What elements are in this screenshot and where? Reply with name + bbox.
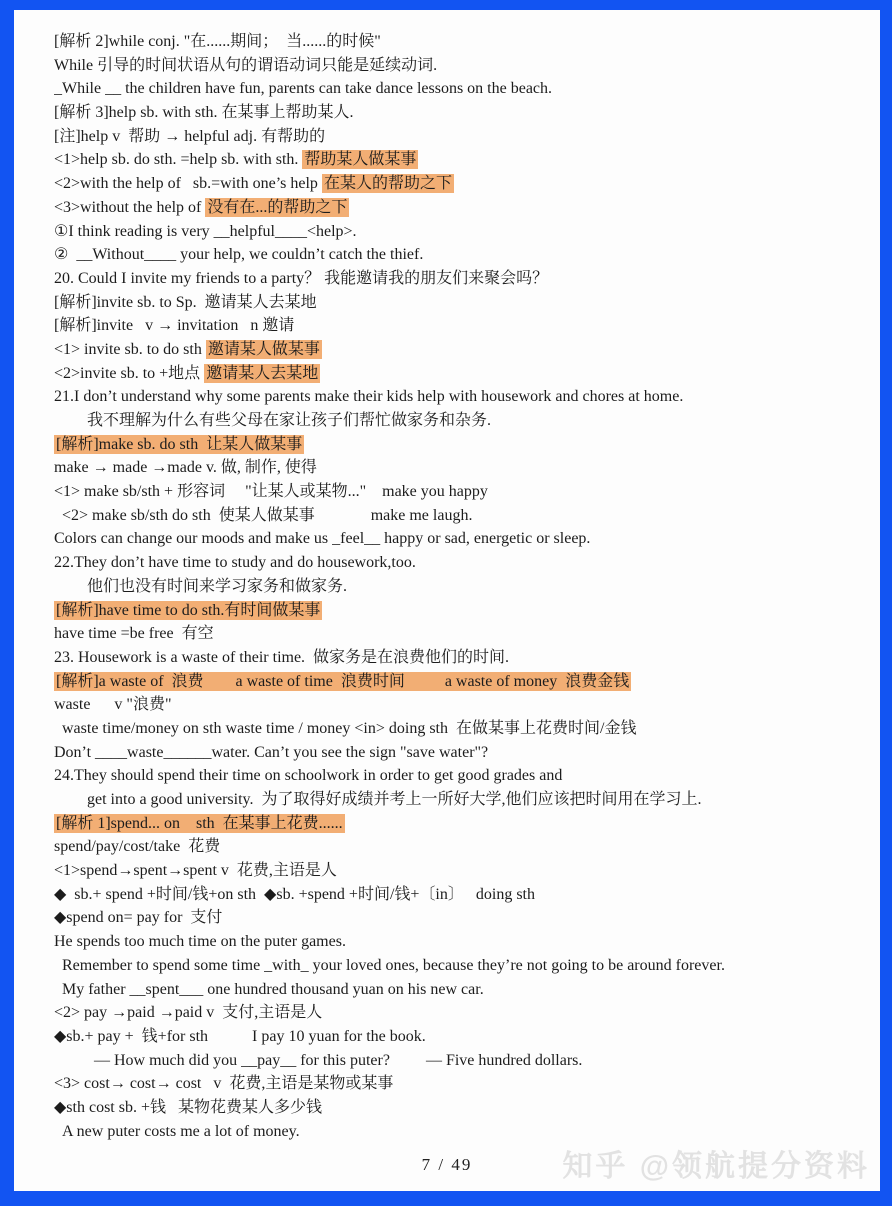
text-segment: 23. Housework is a waste of their time. … — [54, 649, 509, 666]
text-segment: ② __Without____ your help, we couldn’t c… — [54, 246, 423, 263]
text-line: 20. Could I invite my friends to a party… — [54, 267, 864, 291]
highlighted-text: 帮助某人做某事 — [302, 150, 418, 169]
text-line: <1>spend→spent→spent v 花费,主语是人 — [54, 859, 864, 883]
text-segment: ◆sb.+ pay + 钱+for sth I pay 10 yuan for … — [54, 1028, 426, 1045]
text-line: <3> cost→ cost→ cost v 花费,主语是某物或某事 — [54, 1072, 864, 1096]
text-line: My father __spent___ one hundred thousan… — [54, 978, 864, 1002]
text-segment: [解析]invite v → invitation n 邀请 — [54, 317, 294, 334]
text-line: make → made →made v. 做, 制作, 使得 — [54, 456, 864, 480]
highlighted-text: 没有在...的帮助之下 — [205, 198, 349, 217]
text-segment: Don’t ____waste______water. Can’t you se… — [54, 744, 488, 761]
text-segment: 我不理解为什么有些父母在家让孩子们帮忙做家务和杂务. — [87, 412, 491, 429]
text-segment: [注]help v 帮助 → helpful adj. 有帮助的 — [54, 128, 325, 145]
text-segment: <3>without the help of — [54, 199, 205, 216]
text-segment: get into a good university. 为了取得好成绩并考上一所… — [87, 791, 702, 808]
text-line: _While __ the children have fun, parents… — [54, 77, 864, 101]
text-line: ◆ sb.+ spend +时间/钱+on sth ◆sb. +spend +时… — [54, 883, 864, 907]
text-segment: have time =be free 有空 — [54, 625, 214, 642]
text-line: <1> invite sb. to do sth 邀请某人做某事 — [54, 338, 864, 362]
text-segment: 他们也没有时间来学习家务和做家务. — [87, 578, 347, 595]
text-line: Remember to spend some time _with_ your … — [54, 954, 864, 978]
text-segment: _While __ the children have fun, parents… — [54, 80, 552, 97]
text-line: <2> pay →paid →paid v 支付,主语是人 — [54, 1001, 864, 1025]
text-line: [解析 3]help sb. with sth. 在某事上帮助某人. — [54, 101, 864, 125]
text-segment: He spends too much time on the puter gam… — [54, 933, 346, 950]
text-line: [解析]a waste of 浪费 a waste of time 浪费时间 a… — [54, 670, 864, 694]
text-segment: <2>with the help of sb.=with one’s help — [54, 175, 322, 192]
text-segment: A new puter costs me a lot of money. — [62, 1123, 300, 1140]
text-line: <2> make sb/sth do sth 使某人做某事 make me la… — [54, 504, 864, 528]
text-segment: ◆ sb.+ spend +时间/钱+on sth ◆sb. +spend +时… — [54, 886, 535, 903]
text-segment: spend/pay/cost/take 花费 — [54, 838, 220, 855]
highlighted-text: [解析]have time to do sth.有时间做某事 — [54, 601, 322, 620]
text-line: <3>without the help of 没有在...的帮助之下 — [54, 196, 864, 220]
text-segment: <2> make sb/sth do sth 使某人做某事 make me la… — [62, 507, 472, 524]
text-segment: ◆sth cost sb. +钱 某物花费某人多少钱 — [54, 1099, 322, 1116]
text-line: [解析 2]while conj. "在......期间； 当......的时候… — [54, 30, 864, 54]
text-line: — How much did you __pay__ for this pute… — [54, 1049, 864, 1073]
text-line: ② __Without____ your help, we couldn’t c… — [54, 243, 864, 267]
text-line: He spends too much time on the puter gam… — [54, 930, 864, 954]
text-segment: <1> make sb/sth + 形容词 "让某人或某物..." make y… — [54, 483, 488, 500]
text-segment: <2> pay →paid →paid v 支付,主语是人 — [54, 1004, 322, 1021]
text-line: <2>invite sb. to +地点 邀请某人去某地 — [54, 362, 864, 386]
text-segment: make → made →made v. 做, 制作, 使得 — [54, 459, 317, 476]
highlighted-text: 邀请某人做某事 — [206, 340, 322, 359]
text-segment: While 引导的时间状语从句的谓语动词只能是延续动词. — [54, 57, 437, 74]
text-line: <1> make sb/sth + 形容词 "让某人或某物..." make y… — [54, 480, 864, 504]
text-line: 他们也没有时间来学习家务和做家务. — [54, 575, 864, 599]
text-line: ①I think reading is very __helpful____<h… — [54, 220, 864, 244]
text-line: [解析]invite sb. to Sp. 邀请某人去某地 — [54, 291, 864, 315]
blue-frame: [解析 2]while conj. "在......期间； 当......的时候… — [0, 0, 892, 1206]
text-segment: <1> invite sb. to do sth — [54, 341, 206, 358]
text-line: get into a good university. 为了取得好成绩并考上一所… — [54, 788, 864, 812]
text-segment: 24.They should spend their time on schoo… — [54, 767, 562, 784]
text-line: 22.They don’t have time to study and do … — [54, 551, 864, 575]
text-segment: waste v "浪费" — [54, 696, 172, 713]
text-segment: 20. Could I invite my friends to a party… — [54, 270, 548, 287]
highlighted-text: [解析 1]spend... on sth 在某事上花费...... — [54, 814, 345, 833]
text-line: <1>help sb. do sth. =help sb. with sth. … — [54, 148, 864, 172]
text-line: have time =be free 有空 — [54, 622, 864, 646]
document-page: [解析 2]while conj. "在......期间； 当......的时候… — [14, 10, 880, 1191]
text-segment: <2>invite sb. to +地点 — [54, 365, 204, 382]
text-line: ◆sb.+ pay + 钱+for sth I pay 10 yuan for … — [54, 1025, 864, 1049]
text-line: [解析]invite v → invitation n 邀请 — [54, 314, 864, 338]
text-segment: <1>spend→spent→spent v 花费,主语是人 — [54, 862, 337, 879]
text-line: 我不理解为什么有些父母在家让孩子们帮忙做家务和杂务. — [54, 409, 864, 433]
text-line: [解析]have time to do sth.有时间做某事 — [54, 599, 864, 623]
text-line: ◆spend on= pay for 支付 — [54, 906, 864, 930]
text-segment: [解析]invite sb. to Sp. 邀请某人去某地 — [54, 294, 317, 311]
text-segment: ◆spend on= pay for 支付 — [54, 909, 222, 926]
text-line: [注]help v 帮助 → helpful adj. 有帮助的 — [54, 125, 864, 149]
text-segment: Remember to spend some time _with_ your … — [62, 957, 725, 974]
text-segment: waste time/money on sth waste time / mon… — [62, 720, 636, 737]
document-lines: [解析 2]while conj. "在......期间； 当......的时候… — [54, 30, 864, 1143]
text-line: ◆sth cost sb. +钱 某物花费某人多少钱 — [54, 1096, 864, 1120]
text-line: [解析]make sb. do sth 让某人做某事 — [54, 433, 864, 457]
text-line: spend/pay/cost/take 花费 — [54, 835, 864, 859]
text-segment: 21.I don’t understand why some parents m… — [54, 388, 683, 405]
text-segment: <3> cost→ cost→ cost v 花费,主语是某物或某事 — [54, 1075, 393, 1092]
text-line: Colors can change our moods and make us … — [54, 527, 864, 551]
text-line: Don’t ____waste______water. Can’t you se… — [54, 741, 864, 765]
text-line: 23. Housework is a waste of their time. … — [54, 646, 864, 670]
text-line: [解析 1]spend... on sth 在某事上花费...... — [54, 812, 864, 836]
text-segment: — How much did you __pay__ for this pute… — [94, 1052, 582, 1069]
text-segment: Colors can change our moods and make us … — [54, 530, 590, 547]
text-segment: My father __spent___ one hundred thousan… — [62, 981, 484, 998]
highlighted-text: [解析]make sb. do sth 让某人做某事 — [54, 435, 304, 454]
text-line: 24.They should spend their time on schoo… — [54, 764, 864, 788]
highlighted-text: 邀请某人去某地 — [204, 364, 320, 383]
text-line: A new puter costs me a lot of money. — [54, 1120, 864, 1144]
highlighted-text: 在某人的帮助之下 — [322, 174, 454, 193]
zhihu-watermark: 知乎 @领航提分资料 — [562, 1141, 870, 1185]
text-segment: <1>help sb. do sth. =help sb. with sth. — [54, 151, 302, 168]
text-line: 21.I don’t understand why some parents m… — [54, 385, 864, 409]
text-line: waste time/money on sth waste time / mon… — [54, 717, 864, 741]
text-segment: [解析 2]while conj. "在......期间； 当......的时候… — [54, 33, 381, 50]
text-segment: [解析 3]help sb. with sth. 在某事上帮助某人. — [54, 104, 354, 121]
text-segment: 22.They don’t have time to study and do … — [54, 554, 416, 571]
text-line: While 引导的时间状语从句的谓语动词只能是延续动词. — [54, 54, 864, 78]
text-line: <2>with the help of sb.=with one’s help … — [54, 172, 864, 196]
highlighted-text: [解析]a waste of 浪费 a waste of time 浪费时间 a… — [54, 672, 631, 691]
text-line: waste v "浪费" — [54, 693, 864, 717]
text-segment: ①I think reading is very __helpful____<h… — [54, 223, 357, 240]
